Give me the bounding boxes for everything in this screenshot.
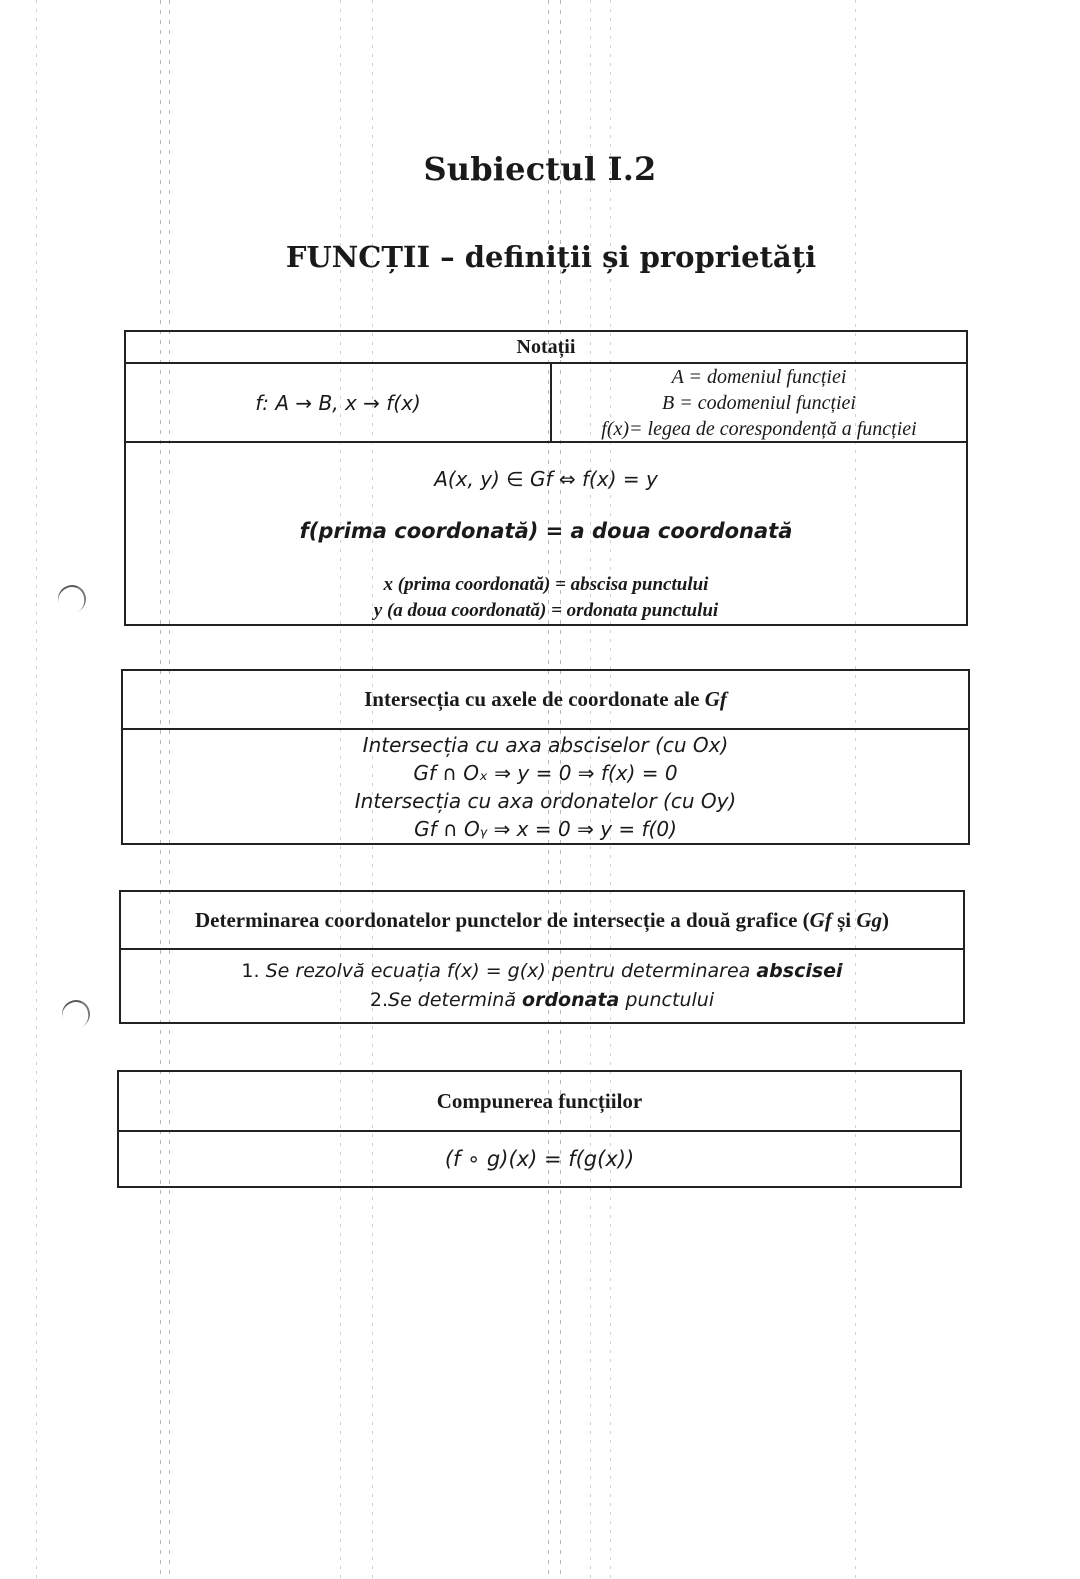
definition-codomain: B = codomeniul funcției [662, 390, 856, 416]
composition-header: Compunerea funcțiilor [119, 1072, 960, 1132]
notations-definition-row: f: A → B, x → f(x) A = domeniul funcției… [126, 364, 966, 443]
ox-intersection-formula: Gf ∩ Oₓ ⇒ y = 0 ⇒ f(x) = 0 [413, 759, 677, 787]
header-close-paren: ) [882, 908, 889, 933]
graph-g-symbol: Gg [856, 908, 882, 933]
ox-intersection-title: Intersecția cu axa absciselor (cu Ox) [363, 731, 729, 759]
axes-intersection-header-text: Intersecția cu axele de coordonate ale [364, 687, 699, 712]
step-1-number: 1. [241, 960, 265, 982]
step-2-number: 2. [370, 989, 388, 1011]
graphs-intersection-header: Determinarea coordonatelor punctelor de … [121, 892, 963, 950]
header-conjunction: și [832, 908, 857, 933]
notations-header: Notații [126, 332, 966, 364]
step-2-bold: ordonata [522, 989, 619, 1011]
composition-body: (f ∘ g)(x) = f(g(x)) [119, 1132, 960, 1186]
graphs-intersection-header-text: Determinarea coordonatelor punctelor de … [195, 908, 810, 933]
step-1-text: Se rezolvă ecuația f(x) = g(x) pentru de… [266, 960, 757, 982]
axes-intersection-body: Intersecția cu axa absciselor (cu Ox) Gf… [123, 730, 968, 843]
graph-membership-formula: A(x, y) ∈ Gf ⇔ f(x) = y [434, 467, 658, 519]
binder-hole-mark [58, 996, 94, 1032]
definition-domain: A = domeniul funcției [672, 364, 847, 390]
binder-hole-mark [54, 581, 90, 617]
step-2-end: punctului [619, 989, 714, 1011]
ordinate-definition: y (a doua coordonată) = ordonata punctul… [374, 598, 718, 624]
graphs-intersection-body: 1. Se rezolvă ecuația f(x) = g(x) pentru… [121, 950, 963, 1022]
axes-intersection-table: Intersecția cu axele de coordonate ale G… [121, 669, 970, 845]
scan-noise [36, 0, 37, 1579]
axes-intersection-header: Intersecția cu axele de coordonate ale G… [123, 671, 968, 730]
coordinate-rule: f(prima coordonată) = a doua coordonată [300, 519, 793, 572]
step-2: 2.Se determină ordonata punctului [370, 986, 714, 1015]
graph-f-symbol: Gf [810, 908, 832, 933]
composition-table: Compunerea funcțiilor (f ∘ g)(x) = f(g(x… [117, 1070, 962, 1188]
oy-intersection-title: Intersecția cu axa ordonatelor (cu Oy) [355, 787, 736, 815]
step-2-text: Se determină [388, 989, 522, 1011]
step-1-bold: abscisei [756, 960, 842, 982]
page-title: Subiectul I.2 [0, 150, 1080, 188]
abscissa-definition: x (prima coordonată) = abscisa punctului [384, 572, 709, 598]
definition-rule: f(x)= legea de corespondență a funcției [601, 416, 916, 442]
composition-formula: (f ∘ g)(x) = f(g(x)) [445, 1145, 634, 1173]
definitions-cell: A = domeniul funcției B = codomeniul fun… [552, 364, 966, 441]
notations-table: Notații f: A → B, x → f(x) A = domeniul … [124, 330, 968, 626]
axes-intersection-header-symbol: Gf [705, 687, 727, 712]
graphs-intersection-table: Determinarea coordonatelor punctelor de … [119, 890, 965, 1024]
graph-membership-row: A(x, y) ∈ Gf ⇔ f(x) = y f(prima coordona… [126, 443, 966, 624]
step-1: 1. Se rezolvă ecuația f(x) = g(x) pentru… [241, 957, 842, 986]
oy-intersection-formula: Gf ∩ Oᵧ ⇒ x = 0 ⇒ y = f(0) [414, 815, 677, 843]
page-subtitle: FUNCȚII – definiții și proprietăți [0, 240, 1080, 274]
function-definition: f: A → B, x → f(x) [126, 364, 552, 441]
